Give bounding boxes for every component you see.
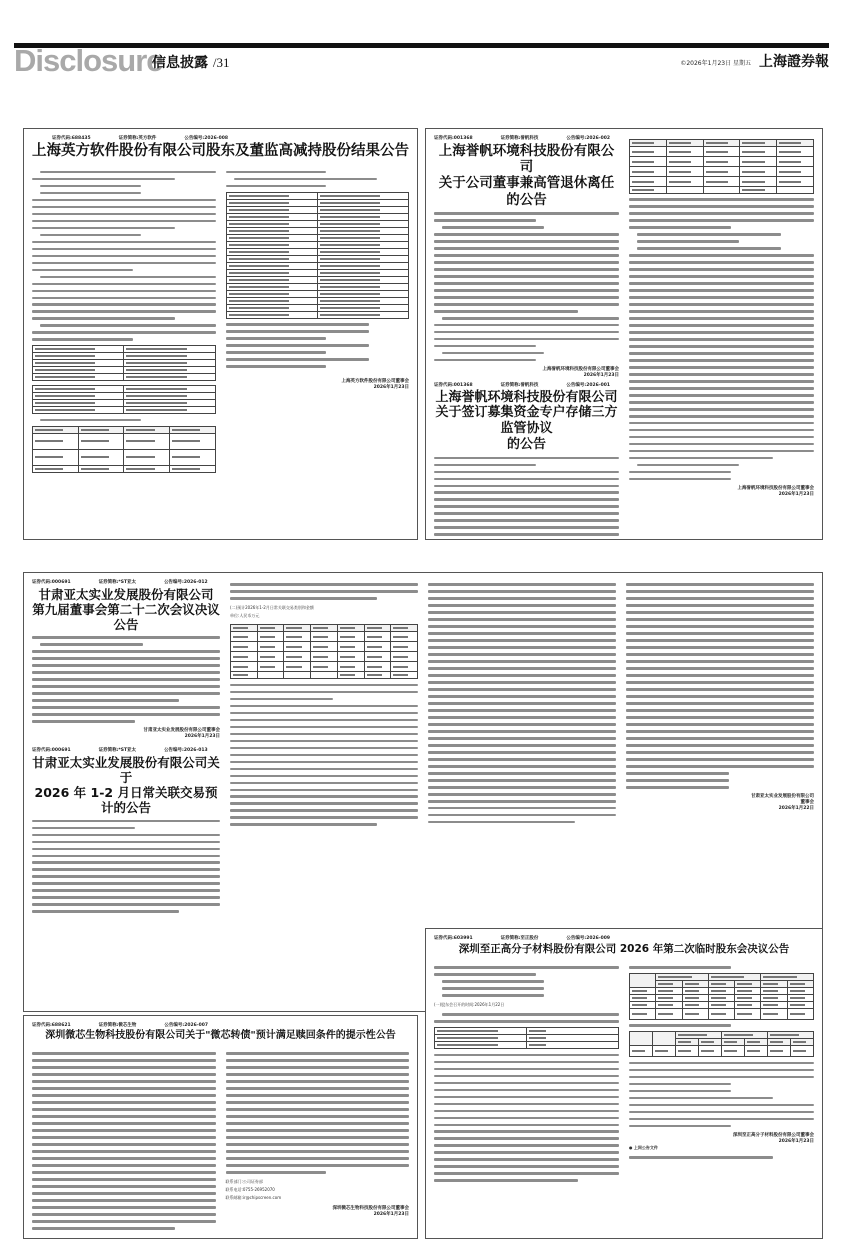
- dateline: ©2026年1月23日 星期五: [680, 58, 751, 67]
- attachment-label: ● 上网公告文件: [629, 1144, 814, 1152]
- notice-meta: 证券代码:603991 证券简称:至正股份 公告编号:2026-009: [434, 935, 814, 941]
- notice-meta: 证券代码:688435 证券简称:英方软件 公告编号:2026-008: [52, 135, 409, 141]
- notice-number: 公告编号:2026-008: [184, 135, 228, 141]
- notice-weixin: 证券代码:688621 证券简称:微芯生物 公告编号:2026-007 深圳微芯…: [23, 1015, 418, 1239]
- section-label: (二)预计2026年1-2月日常关联交易类别和金额: [230, 604, 418, 612]
- notice-body: 上海英方软件股份有限公司董事会 2026年1月23日: [32, 166, 409, 476]
- notice-yingfang: 证券代码:688435 证券简称:英方软件 公告编号:2026-008 上海英方…: [23, 128, 418, 540]
- signature: 上海誉帆环境科技股份有限公司董事会 2026年1月23日: [434, 366, 619, 378]
- concert-table: [32, 426, 216, 473]
- notice-zhizheng: 证券代码:603991 证券简称:至正股份 公告编号:2026-009 深圳至正…: [425, 928, 823, 1239]
- masthead: Disclosure 信息披露 /31 ©2026年1月23日 星期五 上海證券…: [14, 50, 829, 74]
- contact-email: 联系邮箱:ir@chipscreen.com: [226, 1194, 410, 1202]
- notice-headline: 深圳微芯生物科技股份有限公司关于"微芯转债"预计满足赎回条件的提示性公告: [32, 1030, 409, 1042]
- notice-headline: 上海誉帆环境科技股份有限公司 关于签订募集资金专户存储三方监管协议 的公告: [434, 390, 619, 452]
- checklist: [226, 323, 410, 368]
- signature: 上海誉帆环境科技股份有限公司董事会 2026年1月23日: [629, 485, 814, 497]
- notice-yufan: 证券代码:001368 证券简称:誉帆科技 公告编号:2026-002 上海誉帆…: [425, 128, 823, 540]
- contact-dept: 联系部门:公司证券部: [226, 1178, 410, 1186]
- signature: 上海英方软件股份有限公司董事会 2026年1月23日: [226, 378, 410, 390]
- section-name: 信息披露: [152, 55, 208, 71]
- contact-phone: 联系电话:0755-26952070: [226, 1186, 410, 1194]
- notice-meta: 证券代码:688621 证券简称:微芯生物 公告编号:2026-007: [32, 1022, 409, 1028]
- signature: 深圳至正高分子材料股份有限公司董事会 2026年1月23日: [629, 1132, 814, 1144]
- page-number: /31: [213, 55, 230, 70]
- unit-label: 单位:人民币万元: [230, 612, 418, 620]
- stock-abbr: 证券简称:英方软件: [119, 135, 157, 141]
- signature: 甘肃亚太实业发展股份有限公司董事会 2026年1月23日: [32, 727, 220, 739]
- signature: 甘肃亚太实业发展股份有限公司 董事会 2026年1月22日: [626, 793, 814, 811]
- brand-word: Disclosure: [14, 48, 163, 72]
- notice-headline: 甘肃亚太实业发展股份有限公司关于 2026 年 1-2 月日常关联交易预计的公告: [32, 755, 220, 815]
- stock-code: 证券代码:688435: [52, 135, 91, 141]
- notice-headline: 甘肃亚太实业发展股份有限公司 第九届董事会第二十二次会议决议公告: [32, 587, 220, 632]
- notice-meta: 证券代码:000691 证券简称:*ST亚太 公告编号:2026-012: [32, 579, 220, 585]
- shareholder-table: [32, 345, 216, 381]
- meeting-date: (一)股东会召开的时间:2026年1月22日: [434, 1001, 619, 1009]
- notice-meta: 证券代码:001368 证券简称:誉帆科技 公告编号:2026-002: [434, 135, 619, 141]
- notice-meta: 证券代码:001368 证券简称:誉帆科技 公告编号:2026-001: [434, 382, 619, 388]
- paper-name: 上海證券報: [759, 51, 829, 71]
- voting-table: [629, 973, 814, 1020]
- account-table: [629, 139, 814, 194]
- attendance-table: [434, 1027, 619, 1049]
- notice-headline: 上海誉帆环境科技股份有限公司 关于公司董事兼高管退休离任的公告: [434, 143, 619, 208]
- section-title: 信息披露 /31: [152, 52, 230, 72]
- notice-headline: 深圳至正高分子材料股份有限公司 2026 年第二次临时股东会决议公告: [434, 943, 814, 956]
- signature: 深圳微芯生物科技股份有限公司董事会 2026年1月23日: [226, 1205, 410, 1217]
- vote-detail-table: [629, 1031, 814, 1057]
- notice-headline: 上海英方软件股份有限公司股东及董监高减持股份结果公告: [32, 143, 409, 160]
- related-transactions-table: [230, 624, 418, 679]
- reduction-table: [226, 192, 410, 319]
